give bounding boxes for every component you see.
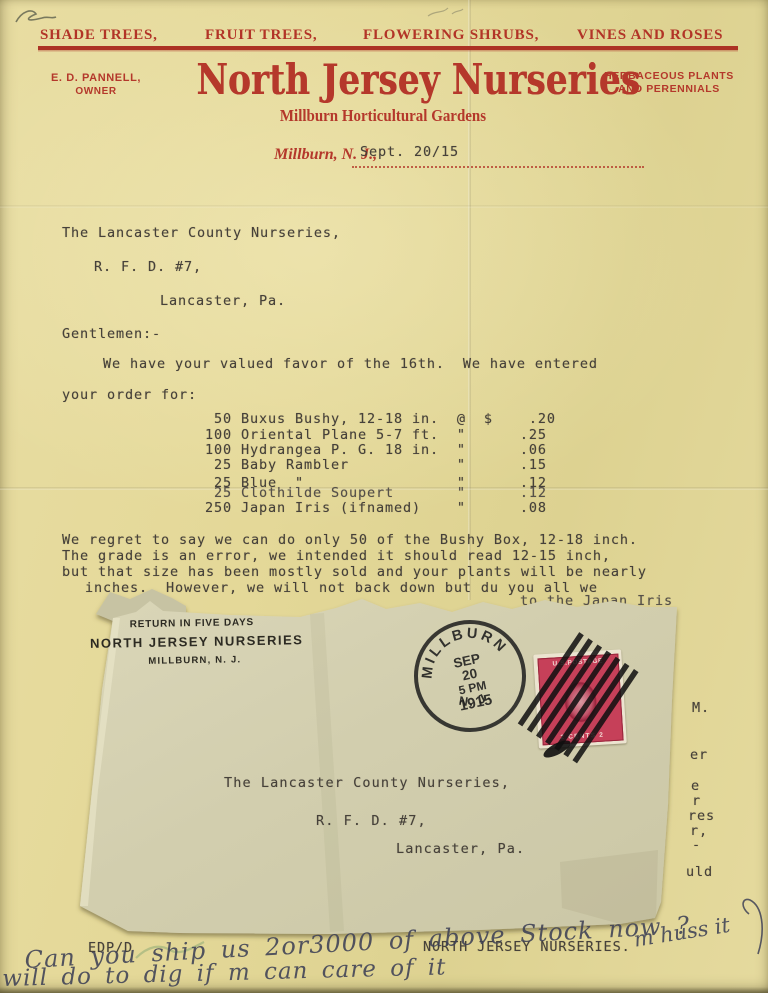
envelope-shape [0, 0, 768, 993]
handwriting-flourish [728, 896, 768, 958]
envelope-address-line1: The Lancaster County Nurseries, [224, 776, 510, 791]
scanned-letter-page: SHADE TREES, FRUIT TREES, FLOWERING SHRU… [0, 0, 768, 993]
cancellation-mark [510, 630, 660, 780]
paper-bottom-edge [0, 987, 768, 993]
envelope-return-address: RETURN IN FIVE DAYS NORTH JERSEY NURSERI… [90, 616, 311, 668]
return-line2: NORTH JERSEY NURSERIES [90, 632, 310, 651]
envelope-address-line2: R. F. D. #7, [316, 814, 427, 829]
envelope-address-line3: Lancaster, Pa. [396, 842, 525, 857]
return-line1: RETURN IN FIVE DAYS [130, 616, 310, 630]
